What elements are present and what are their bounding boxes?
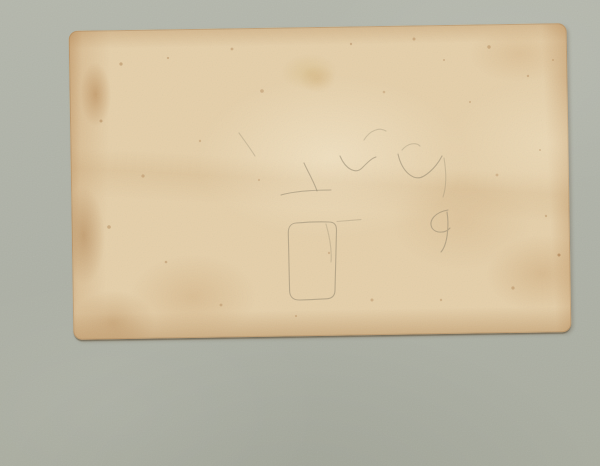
aging-stains-layer <box>69 23 572 340</box>
postcard-back <box>69 23 572 340</box>
photo-of-postcard-back <box>0 0 600 466</box>
